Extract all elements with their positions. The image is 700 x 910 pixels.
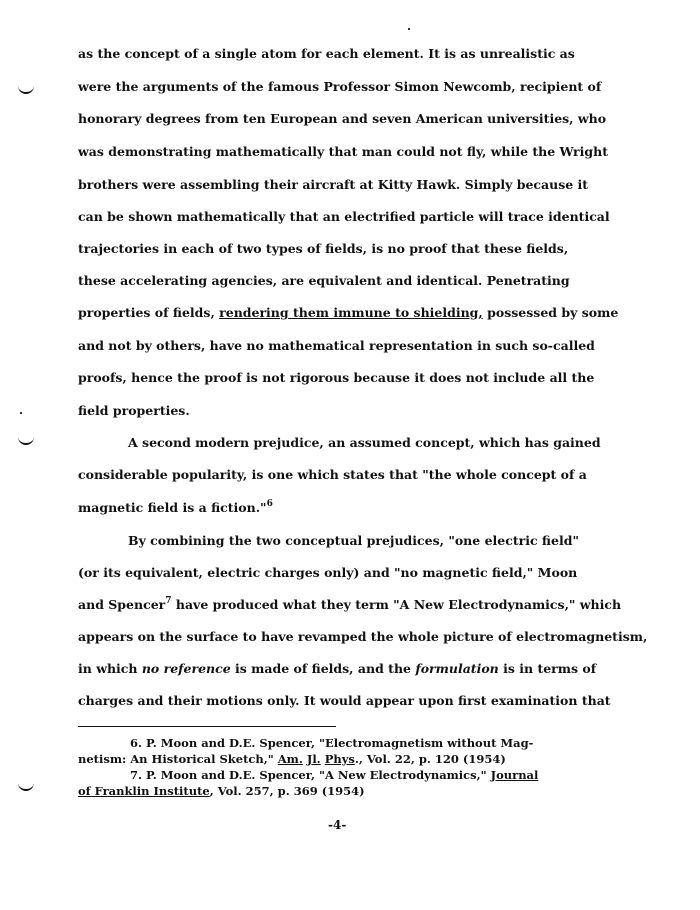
footnote-line: of Franklin Institute, Vol. 257, p. 369 …	[78, 784, 365, 798]
body-line: magnetic field is a fiction."6	[78, 500, 273, 515]
footnote-line: netism: An Historical Sketch," Am. Jl. P…	[78, 752, 506, 766]
text: , Vol. 257, p. 369 (1954)	[210, 784, 365, 798]
body-line: appears on the surface to have revamped …	[78, 629, 647, 644]
footnote-ref: 6	[267, 499, 273, 509]
body-line: these accelerating agencies, are equival…	[78, 273, 570, 288]
text: and Spencer	[78, 597, 165, 612]
body-line: proofs, hence the proof is not rigorous …	[78, 370, 594, 385]
footnote-divider	[78, 726, 336, 727]
body-line: was demonstrating mathematically that ma…	[78, 144, 608, 159]
underlined-text: Phys	[325, 752, 355, 766]
underlined-text: rendering them immune to shielding,	[219, 305, 483, 320]
text: have produced what they term "A New Elec…	[172, 597, 622, 612]
body-line: By combining the two conceptual prejudic…	[128, 533, 579, 548]
text: is in terms of	[499, 661, 596, 676]
text: is made of fields, and the	[231, 661, 416, 676]
body-line: charges and their motions only. It would…	[78, 693, 611, 708]
text: possessed by some	[483, 305, 619, 320]
italic-text: no reference	[142, 661, 231, 676]
body-line: field properties.	[78, 403, 190, 418]
footnote-line: 7. P. Moon and D.E. Spencer, "A New Elec…	[130, 768, 538, 782]
body-line: and not by others, have no mathematical …	[78, 338, 595, 353]
footnote-line: 6. P. Moon and D.E. Spencer, "Electromag…	[130, 736, 533, 750]
body-line: brothers were assembling their aircraft …	[78, 177, 588, 192]
binding-hole-mark	[18, 437, 34, 445]
text: ., Vol. 22, p. 120 (1954)	[355, 752, 506, 766]
text: magnetic field is a fiction."	[78, 500, 267, 515]
scan-speck	[408, 28, 410, 30]
body-line: A second modern prejudice, an assumed co…	[128, 435, 601, 450]
scan-speck	[20, 412, 22, 414]
italic-text: formulation	[415, 661, 498, 676]
body-line: in which no reference is made of fields,…	[78, 661, 596, 676]
text: in which	[78, 661, 142, 676]
body-line: considerable popularity, is one which st…	[78, 467, 587, 482]
text: netism: An Historical Sketch,"	[78, 752, 278, 766]
underlined-text: of Franklin Institute	[78, 784, 210, 798]
body-line: trajectories in each of two types of fie…	[78, 241, 568, 256]
text: properties of fields,	[78, 305, 219, 320]
body-line: (or its equivalent, electric charges onl…	[78, 565, 577, 580]
underlined-text: Jl.	[307, 752, 321, 766]
underlined-text: Journal	[491, 768, 539, 782]
underlined-text: Am.	[278, 752, 303, 766]
page-number: -4-	[328, 818, 346, 832]
body-line: and Spencer7 have produced what they ter…	[78, 597, 621, 612]
body-line: honorary degrees from ten European and s…	[78, 111, 606, 126]
binding-hole-mark	[18, 86, 34, 94]
body-line: were the arguments of the famous Profess…	[78, 79, 601, 94]
body-line: can be shown mathematically that an elec…	[78, 209, 610, 224]
text: 7. P. Moon and D.E. Spencer, "A New Elec…	[130, 768, 491, 782]
body-line: properties of fields, rendering them imm…	[78, 305, 618, 320]
body-line: as the concept of a single atom for each…	[78, 46, 575, 61]
binding-hole-mark	[18, 783, 34, 791]
